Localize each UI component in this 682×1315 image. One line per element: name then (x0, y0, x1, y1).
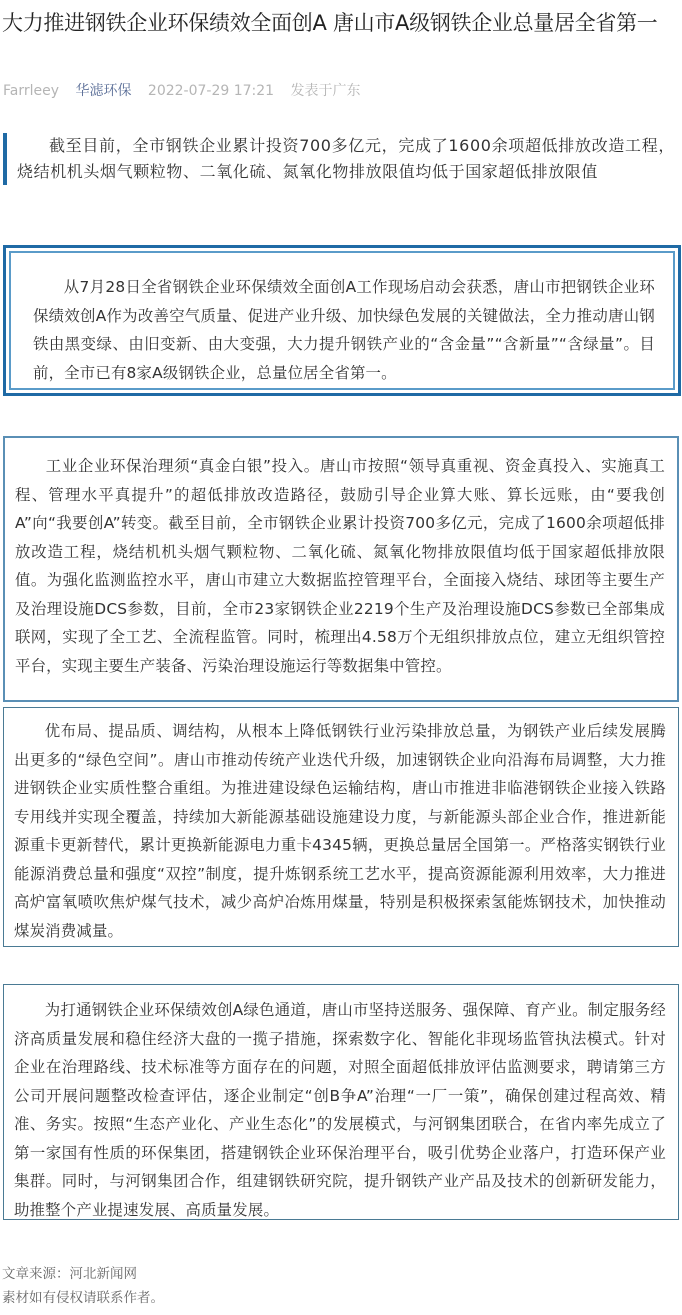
source-note: 文章来源：河北新闻网 (2, 1262, 164, 1286)
section-text: 工业企业环保治理须“真金白银”投入。唐山市按照“领导真重视、资金真投入、实施真工… (15, 452, 665, 680)
section-box-1-inner: 从7月28日全省钢铁企业环保绩效全面创A工作现场启动会获悉，唐山市把钢铁企业环保… (9, 251, 675, 390)
section-box-1: 从7月28日全省钢铁企业环保绩效全面创A工作现场启动会获悉，唐山市把钢铁企业环保… (3, 245, 681, 396)
author-name: Farrleey (3, 83, 59, 99)
section-text: 优布局、提品质、调结构，从根本上降低钢铁行业污染排放总量，为钢铁产业后续发展腾出… (14, 717, 666, 945)
article-title: 大力推进钢铁企业环保绩效全面创A 唐山市A级钢铁企业总量居全省第一 (2, 8, 682, 39)
account-link[interactable]: 华滤环保 (75, 83, 131, 99)
section-text: 为打通钢铁企业环保绩效创A绿色通道，唐山市坚持送服务、强保障、育产业。制定服务经… (14, 996, 666, 1224)
copyright-note: 素材如有侵权请联系作者。 (2, 1286, 164, 1310)
section-box-3: 优布局、提品质、调结构，从根本上降低钢铁行业污染排放总量，为钢铁产业后续发展腾出… (3, 707, 679, 947)
lead-quote: 截至目前，全市钢铁企业累计投资700多亿元，完成了1600余项超低排放改造工程，… (3, 133, 679, 185)
publish-location: 发表于广东 (291, 83, 361, 99)
section-box-4: 为打通钢铁企业环保绩效创A绿色通道，唐山市坚持送服务、强保障、育产业。制定服务经… (3, 984, 679, 1220)
article-meta: Farrleey 华滤环保 2022-07-29 17:21 发表于广东 (3, 80, 373, 102)
section-text: 从7月28日全省钢铁企业环保绩效全面创A工作现场启动会获悉，唐山市把钢铁企业环保… (33, 273, 655, 387)
lead-text: 截至目前，全市钢铁企业累计投资700多亿元，完成了1600余项超低排放改造工程，… (17, 133, 675, 185)
article-footer: 文章来源：河北新闻网 素材如有侵权请联系作者。 (2, 1262, 164, 1310)
publish-datetime: 2022-07-29 17:21 (148, 83, 274, 99)
section-box-2: 工业企业环保治理须“真金白银”投入。唐山市按照“领导真重视、资金真投入、实施真工… (3, 436, 679, 702)
